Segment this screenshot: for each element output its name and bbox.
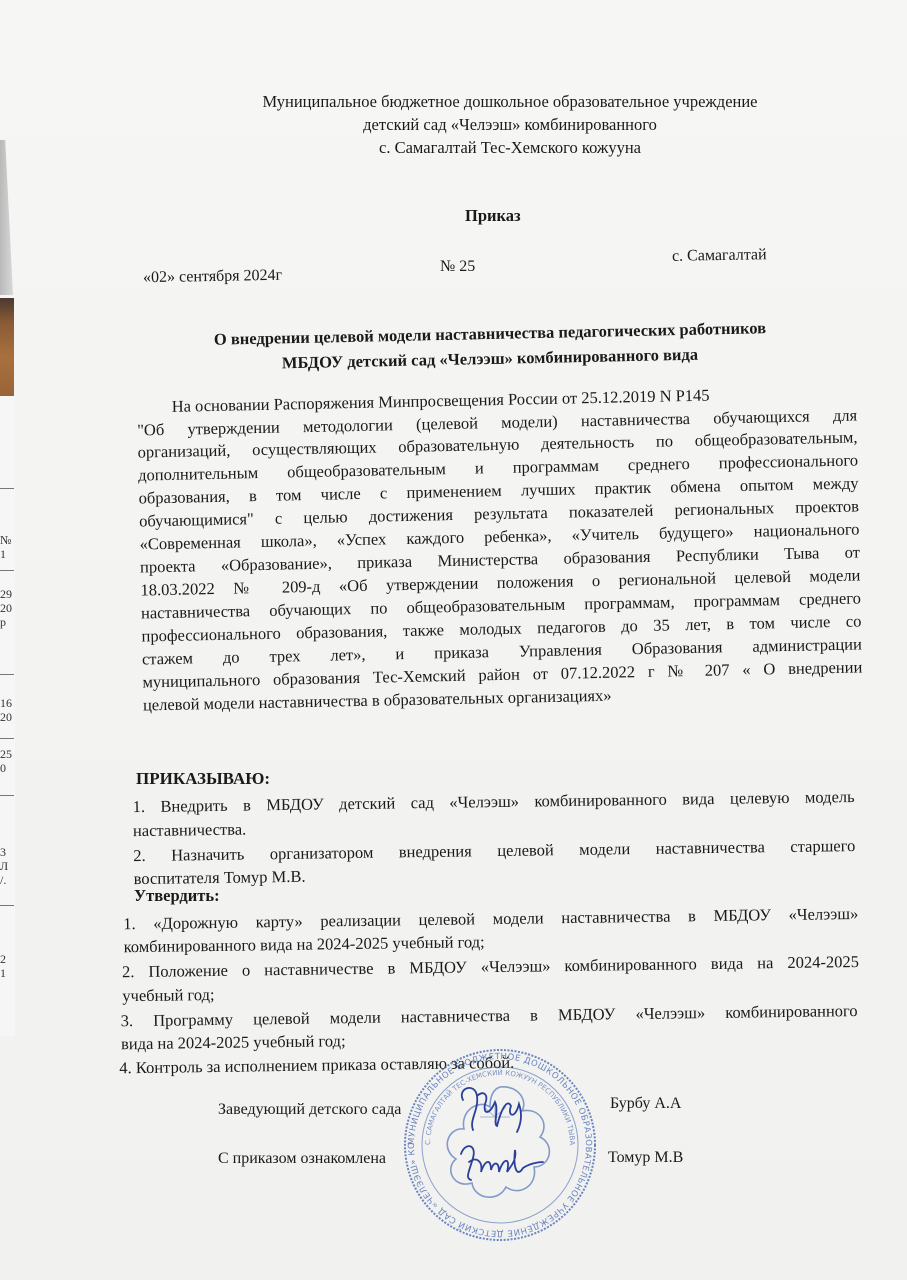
order-place: с. Самагалтай bbox=[672, 246, 767, 266]
order-title: Приказ bbox=[465, 206, 521, 226]
org-location: с. Самагалтай Тес-Хемского кожууна bbox=[200, 138, 820, 158]
edge-rule bbox=[0, 738, 14, 739]
approve-item-2: 2. Положение о наставничестве в МБДОУ «Ч… bbox=[122, 951, 859, 984]
approve-item-2-cont: учебный год; bbox=[122, 985, 215, 1006]
signature-name-ack: Томур М.В bbox=[608, 1149, 683, 1167]
desk-edge bbox=[0, 298, 14, 396]
edge-rule bbox=[0, 674, 14, 675]
signature-ack-icon bbox=[455, 1138, 545, 1188]
edge-rule bbox=[0, 570, 14, 571]
approve-item-1-cont: комбинированного вида на 2024-2025 учебн… bbox=[124, 932, 485, 957]
edge-fragment: 0 bbox=[0, 761, 14, 776]
order-date: «02» сентября 2024г bbox=[143, 267, 282, 287]
edge-fragment: /. bbox=[0, 873, 14, 888]
edge-fragment: 1 bbox=[0, 547, 14, 562]
edge-fragment: № bbox=[0, 533, 14, 548]
edge-fragment: Л bbox=[0, 859, 14, 874]
edge-fragment: 20 bbox=[0, 710, 14, 725]
edge-fragment: 1 bbox=[0, 966, 14, 981]
edge-fragment: 29 bbox=[0, 587, 14, 602]
edge-rule bbox=[0, 795, 14, 796]
signature-head-icon bbox=[455, 1080, 535, 1140]
signature-role-head: Заведующий детского сада bbox=[218, 1101, 401, 1119]
decree-heading: ПРИКАЗЫВАЮ: bbox=[136, 769, 270, 789]
edge-fragment: 2 bbox=[0, 952, 14, 967]
org-name-line1: Муниципальное бюджетное дошкольное образ… bbox=[200, 92, 820, 112]
edge-fragment: р bbox=[0, 615, 14, 630]
edge-fragment: 20 bbox=[0, 601, 14, 616]
edge-rule bbox=[0, 488, 14, 489]
approve-item-1: 1. «Дорожную карту» реализации целевой м… bbox=[123, 903, 858, 936]
decree-item-1: 1. Внедрить в МБДОУ детский сад «Челээш»… bbox=[132, 786, 854, 819]
edge-fragment: 16 bbox=[0, 696, 14, 711]
approve-heading: Утвердить: bbox=[134, 886, 220, 906]
approve-item-3: 3. Программу целевой модели наставничест… bbox=[121, 1000, 858, 1033]
edge-fragment: 3 bbox=[0, 845, 14, 860]
document-page: № 1 29 20 р 16 20 25 0 3 Л /. 2 1 Муници… bbox=[0, 0, 907, 1280]
decree-item-1-cont: наставничества. bbox=[133, 820, 247, 842]
org-name-line2: детский сад «Челээш» комбинированного bbox=[200, 115, 820, 135]
edge-fragment: 25 bbox=[0, 747, 14, 762]
signature-name-head: Бурбу А.А bbox=[610, 1095, 681, 1113]
order-number: № 25 bbox=[440, 258, 475, 276]
page-edge-shadow bbox=[0, 140, 13, 295]
approve-item-3-cont: вида на 2024-2025 учебный год; bbox=[121, 1031, 346, 1054]
edge-rule bbox=[0, 905, 14, 906]
signature-role-ack: С приказом ознакомлена bbox=[218, 1150, 386, 1168]
decree-item-2: 2. Назначить организатором внедрения цел… bbox=[133, 835, 855, 868]
